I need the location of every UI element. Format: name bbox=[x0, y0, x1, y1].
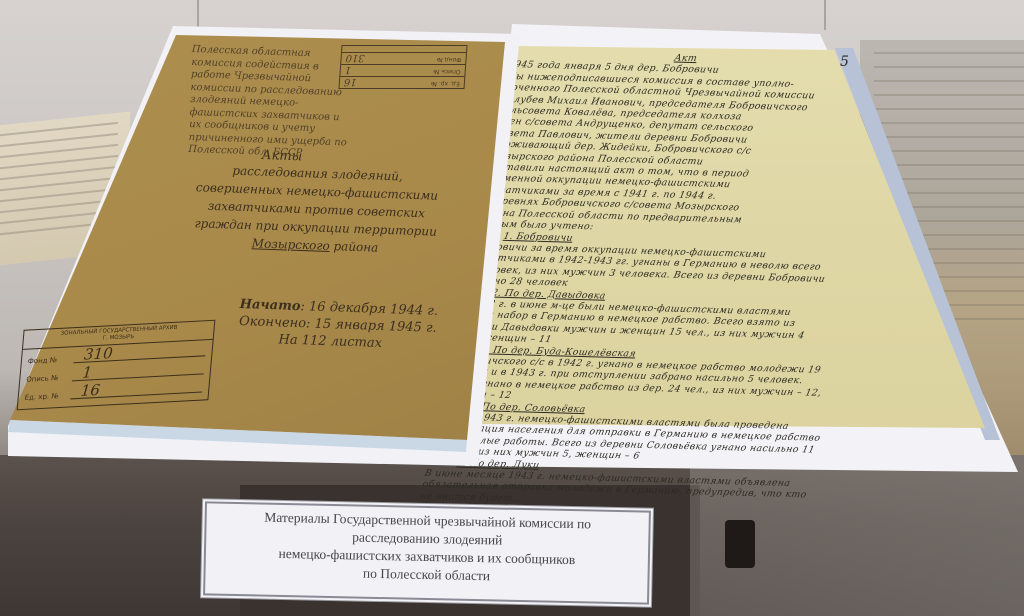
opis-label: Опись № bbox=[26, 373, 73, 383]
stamp-label: Фонд № bbox=[436, 54, 462, 63]
wall-seam bbox=[824, 0, 826, 30]
folder-subtitle: расследования злодеяний, совершенных нем… bbox=[185, 160, 448, 259]
subtitle-text: района bbox=[333, 239, 378, 255]
started-label: Начато bbox=[239, 297, 300, 314]
stamp-label: Опись № bbox=[433, 66, 461, 75]
subtitle-text: расследования злодеяний, совершенных нем… bbox=[194, 164, 438, 239]
item-label: Ед. хр. № bbox=[24, 391, 71, 401]
stamp-value: 16 bbox=[344, 78, 357, 87]
stamp-label: Ед. хр. № bbox=[430, 78, 460, 87]
district-name: Мозырского bbox=[252, 236, 330, 253]
archive-stamp: Зональный государственный архив г. Мозыр… bbox=[17, 320, 216, 411]
wall-seam bbox=[197, 0, 199, 30]
stamp-value: 310 bbox=[345, 54, 365, 63]
finished-label: Окончено bbox=[239, 314, 306, 331]
folder-dates: Начато: 16 декабря 1944 г. Окончено: 15 … bbox=[238, 296, 438, 354]
fond-label: Фонд № bbox=[27, 355, 74, 365]
commission-note: Полесская областная комиссия содействия … bbox=[188, 44, 357, 162]
stamp-row: Опись № 1 bbox=[340, 64, 465, 76]
item-value: 16 bbox=[70, 377, 203, 399]
top-archive-stamp: Ед. хр. № 16 Опись № 1 Фонд № 310 bbox=[338, 45, 467, 89]
exhibit-caption-label: Материалы Государственной чрезвычайной к… bbox=[203, 501, 651, 604]
stamp-value: 1 bbox=[344, 66, 351, 75]
stamp-row: Фонд № 310 bbox=[341, 52, 466, 64]
stamp-row: Ед. хр. № 16 bbox=[340, 76, 465, 88]
case-bracket bbox=[725, 520, 755, 568]
